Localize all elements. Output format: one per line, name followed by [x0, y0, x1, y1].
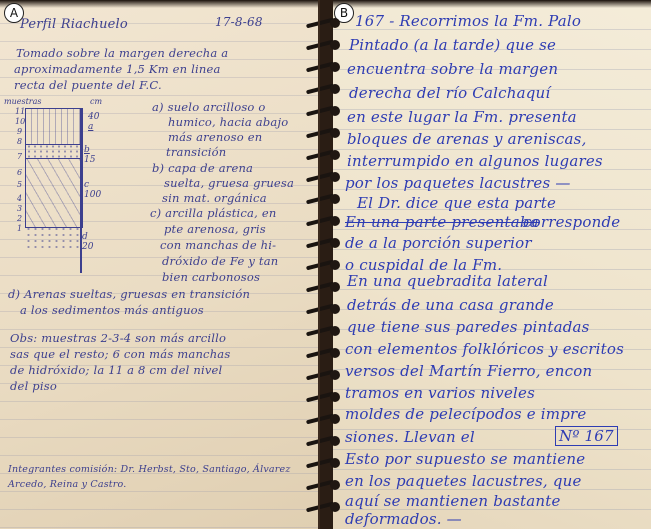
page-edge-shadow	[333, 0, 651, 8]
layer-description-line: sin mat. orgánica	[162, 191, 267, 205]
page-date: 17-8-68	[215, 15, 263, 29]
entry-line: siones. Llevan el	[345, 428, 475, 446]
layer-letter: b	[84, 145, 90, 155]
spiral-coil	[306, 150, 344, 160]
layer-description-line: c) arcilla plástica, en	[150, 206, 276, 220]
spiral-coil	[306, 238, 344, 248]
entry-line: El Dr. dice que esta parte	[357, 194, 556, 212]
axis-label-samples: muestras	[4, 97, 42, 106]
observation-line: sas que el resto; 6 con más manchas	[10, 347, 230, 361]
layer-letter: c	[84, 180, 89, 190]
layer-description-line: transición	[166, 145, 226, 159]
crossed-out-line: En una parte presentaba	[345, 213, 539, 231]
layer-b	[26, 144, 82, 159]
entry-line: en este lugar la Fm. presenta	[347, 108, 577, 126]
entry-line: aquí se mantienen bastante	[345, 492, 561, 510]
spiral-coil	[306, 128, 344, 138]
entry-line: Esto por supuesto se mantiene	[345, 450, 585, 468]
layer-d	[25, 226, 81, 248]
spiral-coil	[306, 172, 344, 182]
spiral-coil	[306, 480, 344, 490]
layer-thickness-a: 40a	[88, 112, 99, 132]
spiral-coil	[306, 304, 344, 314]
spiral-coil	[306, 84, 344, 94]
layer-description-line: a) suelo arcilloso o	[152, 100, 266, 114]
entry-line: encuentra sobre la margen	[347, 60, 558, 78]
entry-line: tramos en varios niveles	[345, 384, 535, 402]
spiral-coil	[306, 414, 344, 424]
spiral-binding	[300, 0, 348, 529]
column-outline	[25, 108, 83, 228]
spiral-coil	[306, 216, 344, 226]
entry-line: detrás de una casa grande	[347, 296, 554, 314]
intro-line: aproximadamente 1,5 Km en linea	[14, 62, 221, 76]
layer-letter: a	[88, 122, 93, 132]
entry-line: bloques de arenas y areniscas,	[347, 130, 587, 148]
axis-label-cm: cm	[90, 97, 102, 106]
layer-letter: d	[82, 232, 88, 242]
observation-line: del piso	[10, 379, 57, 393]
layer-c	[26, 158, 82, 228]
entry-line: moldes de pelecípodos e impre	[345, 405, 586, 423]
notebook-page-left: A Perfil Riachuelo 17-8-68 Tomado sobre …	[0, 0, 318, 529]
intro-line: Tomado sobre la margen derecha a	[16, 46, 228, 60]
entry-line: en los paquetes lacustres, que	[345, 472, 582, 490]
sample-tick: 10	[15, 117, 25, 126]
spiral-coil	[306, 370, 344, 380]
spiral-coil	[306, 392, 344, 402]
page-gutter	[318, 0, 320, 529]
sample-tick: 9	[17, 127, 22, 136]
spiral-coil	[306, 348, 344, 358]
entry-line: deformados. —	[345, 510, 462, 528]
entry-line: corresponde	[523, 213, 620, 231]
layer-thickness-c: c100	[84, 180, 101, 200]
sample-tick: 11	[15, 107, 25, 116]
spiral-coil	[306, 260, 344, 270]
sample-tick: 4	[17, 194, 22, 203]
entry-line: 167 - Recorrimos la Fm. Palo	[355, 12, 581, 30]
thickness-value: 20	[82, 242, 93, 252]
spiral-coil	[306, 502, 344, 512]
spiral-coil	[306, 62, 344, 72]
layer-description-line: bien carbonosos	[162, 270, 260, 284]
spiral-coil	[306, 326, 344, 336]
sample-tick: 3	[17, 204, 22, 213]
entry-line: que tiene sus paredes pintadas	[347, 318, 590, 336]
layer-description-line: con manchas de hi-	[160, 238, 276, 252]
layer-thickness-b: b 15	[84, 145, 95, 165]
sample-tick: 5	[17, 180, 22, 189]
intro-line: recta del puente del F.C.	[14, 78, 162, 92]
entry-line: derecha del río Calchaquí	[349, 84, 550, 102]
notebook-page-right: B 167 - Recorrimos la Fm. Palo Pintado (…	[333, 0, 651, 529]
spiral-coil	[306, 18, 344, 28]
spiral-coil	[306, 436, 344, 446]
entry-line: por los paquetes lacustres —	[345, 174, 571, 192]
participants-line: Arcedo, Reina y Castro.	[8, 479, 127, 490]
sample-tick: 2	[17, 214, 22, 223]
spiral-coil	[306, 106, 344, 116]
layer-description-line: humico, hacia abajo	[168, 115, 288, 129]
observation-line: Obs: muestras 2-3-4 son más arcillo	[10, 331, 226, 345]
entry-line: interrumpido en algunos lugares	[347, 152, 603, 170]
spiral-coil	[306, 282, 344, 292]
entry-line: de a la porción superior	[345, 234, 532, 252]
layer-description-line: dróxido de Fe y tan	[162, 254, 278, 268]
layer-description-line: b) capa de arena	[152, 161, 253, 175]
thickness-value: 15	[84, 155, 95, 165]
page-edge-shadow	[0, 0, 318, 8]
layer-description-line: pte arenosa, gris	[164, 222, 266, 236]
layer-description-line: más arenoso en	[168, 130, 262, 144]
observation-line: de hidróxido; la 11 a 8 cm del nivel	[10, 363, 222, 377]
entry-line: En una quebradita lateral	[347, 272, 548, 290]
page-title: Perfil Riachuelo	[20, 17, 128, 32]
layer-d-description: d) Arenas sueltas, gruesas en transición	[8, 287, 250, 301]
layer-a	[26, 109, 82, 145]
sample-tick: 8	[17, 137, 22, 146]
entry-line: con elementos folklóricos y escritos	[345, 340, 624, 358]
thickness-value: 40	[88, 112, 99, 122]
sample-tick: 1	[17, 224, 22, 233]
sample-tick: 6	[17, 168, 22, 177]
participants-line: Integrantes comisión: Dr. Herbst, Sto, S…	[8, 464, 291, 475]
sample-tick: 7	[17, 152, 22, 161]
boxed-sample-number: Nº 167	[555, 426, 618, 446]
entry-line: Pintado (a la tarde) que se	[349, 36, 556, 54]
layer-thickness-d: d 20	[82, 232, 93, 252]
layer-d-description: a los sedimentos más antiguos	[20, 303, 204, 317]
thickness-value: 100	[84, 190, 101, 200]
entry-line: versos del Martín Fierro, encon	[345, 362, 592, 380]
layer-description-line: suelta, gruesa gruesa	[164, 176, 294, 190]
spiral-coil	[306, 40, 344, 50]
spiral-coil	[306, 194, 344, 204]
spiral-coil	[306, 458, 344, 468]
